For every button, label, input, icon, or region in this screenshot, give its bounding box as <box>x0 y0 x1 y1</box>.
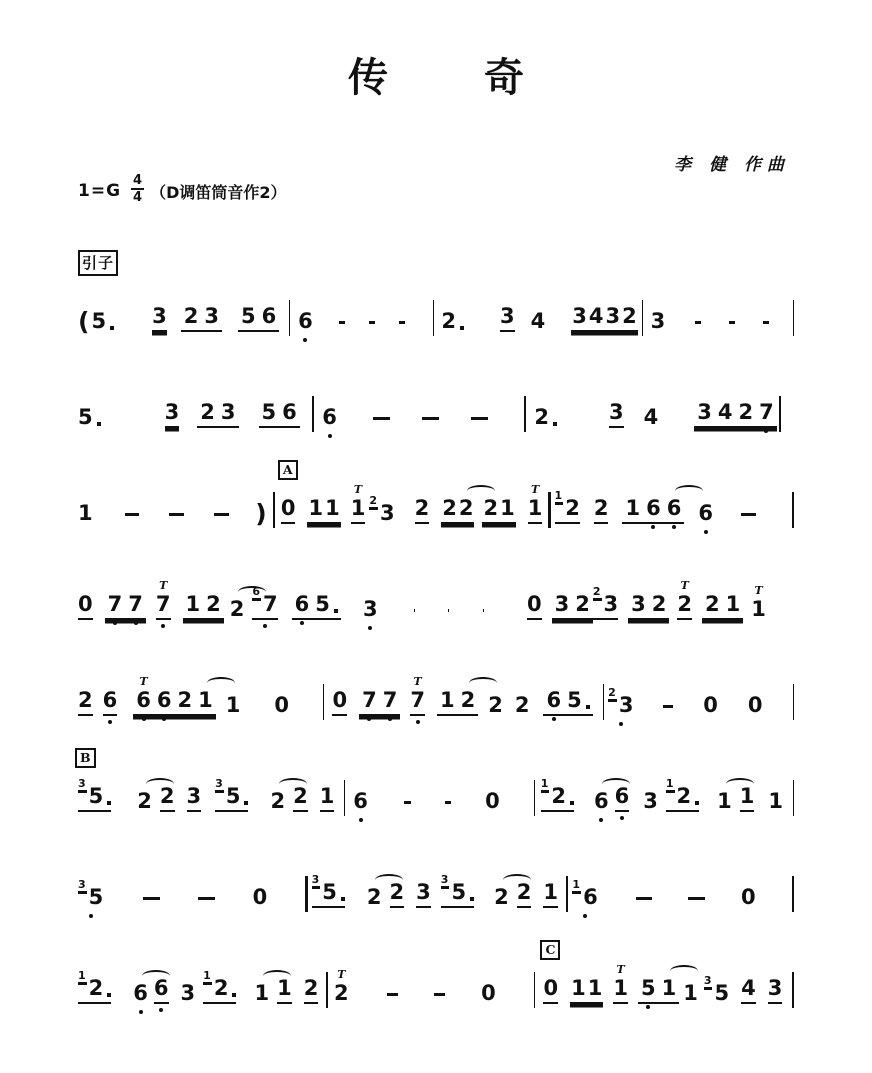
note-digit: 1 <box>351 498 366 519</box>
note: 3 <box>221 402 236 423</box>
low-octave-dot <box>134 621 138 625</box>
section-marker: B <box>75 748 96 768</box>
note-digit: 0 <box>703 695 718 716</box>
note-digit: 4 <box>531 311 546 332</box>
note-digit: 0 <box>748 695 763 716</box>
note: 2 <box>390 882 405 908</box>
note: 6 <box>322 407 337 428</box>
note: 2 <box>293 786 308 812</box>
note: 0 <box>253 887 268 908</box>
note: 23 <box>608 695 633 716</box>
note-digit: 5 <box>91 311 106 332</box>
note: 35 <box>704 983 729 1004</box>
note: 3 <box>643 791 658 812</box>
low-octave-dot <box>367 717 371 721</box>
note: 3 <box>500 306 515 332</box>
augmentation-dot <box>110 326 114 330</box>
note: T1 <box>528 498 543 524</box>
note: 3 <box>363 599 378 620</box>
note: 5 <box>262 402 277 423</box>
note: 2 <box>622 306 637 327</box>
held-note-dash <box>143 897 160 901</box>
score-line: 1)A011T12322221T11221666 <box>78 484 794 524</box>
meter-denominator: 4 <box>133 190 142 204</box>
note: 3 <box>631 594 646 615</box>
augmentation-dot <box>232 993 236 997</box>
augmentation-dot <box>334 609 338 613</box>
held-note-dash <box>422 417 439 421</box>
note: 6 <box>282 402 297 423</box>
note: 35 <box>78 887 103 908</box>
note-digit: 3 <box>380 503 395 524</box>
note-digit: 1 <box>528 498 543 519</box>
note: 3 <box>606 306 621 327</box>
note: 1 <box>325 498 340 519</box>
tonguing-mark: T <box>337 969 345 980</box>
note-digit: 2 <box>551 786 566 807</box>
note: 16 <box>572 887 597 908</box>
note-digit: 7 <box>108 594 123 615</box>
note: 6 <box>262 306 277 327</box>
beamed-group: 12 <box>183 594 224 620</box>
low-octave-dot <box>159 1008 163 1012</box>
note-digit: 2 <box>367 887 382 908</box>
barline <box>792 972 794 1008</box>
note-digit: 1 <box>751 599 766 620</box>
note: 5 <box>78 407 101 428</box>
held-note-dash <box>445 801 452 805</box>
low-octave-dot <box>552 717 556 721</box>
note-digit: 1 <box>198 690 213 711</box>
note-digit: 2 <box>517 882 532 903</box>
note: 35 <box>215 786 248 812</box>
note: 2 <box>575 594 590 615</box>
note: 1 <box>768 791 783 812</box>
note: 4 <box>589 306 604 327</box>
beamed-group: 166 <box>622 498 684 524</box>
note-digit: 2 <box>78 690 93 711</box>
note-digit: 6 <box>133 983 148 1004</box>
note: 1 <box>186 594 201 615</box>
note-digit: 1 <box>726 594 741 615</box>
note-digit: 1 <box>226 695 241 716</box>
note: 1 <box>588 978 603 999</box>
low-octave-dot <box>646 1005 650 1009</box>
note-digit: 3 <box>152 306 167 327</box>
barline <box>534 780 535 816</box>
low-octave-dot <box>359 818 363 822</box>
note-digit: 6 <box>546 690 561 711</box>
low-octave-dot <box>303 338 307 342</box>
grace-note: 3 <box>312 874 321 887</box>
note-digit: 6 <box>103 690 118 711</box>
beamed-group: 56 <box>259 402 300 428</box>
low-octave-dot <box>300 621 304 625</box>
note-digit: 6 <box>353 791 368 812</box>
tonguing-mark: T <box>617 964 625 975</box>
barline <box>344 780 345 816</box>
note-digit: 2 <box>200 402 215 423</box>
beamed-group: 11 <box>570 978 603 1004</box>
note: 2 <box>534 407 557 428</box>
note-digit: 2 <box>677 786 692 807</box>
note-digit: 1 <box>440 690 455 711</box>
augmentation-dot <box>341 897 345 901</box>
note-digit: 7 <box>156 594 171 615</box>
note: 5 <box>567 690 590 711</box>
note-digit: 3 <box>651 311 666 332</box>
tie-arc <box>675 485 703 497</box>
grace-note: 1 <box>541 778 550 791</box>
note: 2 <box>178 690 193 711</box>
note-digit: 3 <box>606 306 621 327</box>
low-octave-dot <box>651 525 655 529</box>
low-octave-dot <box>328 434 332 438</box>
note: 3 <box>204 306 219 327</box>
note-digit: 0 <box>274 695 289 716</box>
augmentation-dot <box>470 897 474 901</box>
note: 1 <box>717 791 732 812</box>
note-digit: 2 <box>739 402 754 423</box>
note: 6 <box>594 791 609 812</box>
augmentation-dot <box>244 801 248 805</box>
note: 2 <box>705 594 720 615</box>
held-note-dash <box>373 417 390 421</box>
note-digit: 3 <box>604 594 619 615</box>
low-octave-dot <box>583 914 587 918</box>
note: 6 <box>698 503 713 524</box>
beamed-group: 22 <box>441 498 474 524</box>
note-digit: 2 <box>206 594 221 615</box>
note: 2 <box>461 690 476 711</box>
note-digit: 2 <box>442 498 457 519</box>
tonguing-mark: T <box>531 484 539 495</box>
note: 2 <box>415 498 430 524</box>
note: 6 <box>295 594 310 615</box>
title-row: 传奇 <box>78 46 794 98</box>
note-digit: 6 <box>262 306 277 327</box>
note: 6 <box>133 983 148 1004</box>
held-note-dash <box>339 321 345 325</box>
note-digit: 6 <box>322 407 337 428</box>
note-digit: 6 <box>583 887 598 908</box>
grace-note: 1 <box>666 778 675 791</box>
note-digit: 2 <box>705 594 720 615</box>
beamed-group: 23 <box>197 402 238 428</box>
note-digit: 3 <box>363 599 378 620</box>
low-octave-dot <box>599 818 603 822</box>
note: 1 <box>625 498 640 519</box>
composer-row: 李 健 作曲 <box>78 150 794 172</box>
low-octave-dot <box>142 717 146 721</box>
note: 1 <box>543 882 558 908</box>
barline <box>433 300 434 336</box>
note: 6 <box>298 311 313 332</box>
note: 2 <box>184 306 199 327</box>
tie-arc <box>207 677 235 689</box>
note-digit: 2 <box>293 786 308 807</box>
tonguing-mark: T <box>354 484 362 495</box>
note-digit: 1 <box>325 498 340 519</box>
note-digit: 2 <box>652 594 667 615</box>
note: 12 <box>203 978 236 1004</box>
note-digit: 4 <box>741 978 756 999</box>
note: 2 <box>270 791 285 812</box>
note-digit: 6 <box>667 498 682 519</box>
held-note-dash <box>695 321 701 325</box>
note: 1 <box>500 498 515 519</box>
low-octave-dot <box>620 816 624 820</box>
note-digit: 3 <box>609 402 624 423</box>
note-digit: 5 <box>226 786 241 807</box>
section-marker: C <box>540 940 560 960</box>
note: 0 <box>527 594 542 620</box>
note-digit: 6 <box>157 690 172 711</box>
note-digit: 3 <box>768 978 783 999</box>
note-digit: 2 <box>594 498 609 519</box>
augmentation-dot <box>107 993 111 997</box>
note-digit: 2 <box>677 594 692 615</box>
grace-note: 1 <box>572 879 581 892</box>
note: T2 <box>334 983 349 1004</box>
note: 2 <box>137 791 152 812</box>
note-digit: 5 <box>322 882 337 903</box>
beamed-group: 77 <box>105 594 146 620</box>
note-digit: 1 <box>740 786 755 807</box>
note-digit: 5 <box>241 306 256 327</box>
note: 6 <box>157 690 172 711</box>
tonguing-mark: T <box>139 676 147 687</box>
note: 3 <box>187 786 202 812</box>
note: 7 <box>759 402 774 423</box>
score-line: B3522335221601266312111 <box>78 772 794 812</box>
barline <box>793 300 794 336</box>
beamed-group: 21 <box>702 594 743 620</box>
note: 6 <box>667 498 682 519</box>
note-digit: 3 <box>181 983 196 1004</box>
grace-note: 3 <box>215 778 224 791</box>
note-digit: 0 <box>253 887 268 908</box>
low-octave-dot <box>388 717 392 721</box>
note-digit: 2 <box>534 407 549 428</box>
note-digit: 7 <box>759 402 774 423</box>
note-digit: 1 <box>308 498 323 519</box>
note-digit: 7 <box>383 690 398 711</box>
note-digit: 1 <box>768 791 783 812</box>
beamed-group: 12 <box>437 690 478 716</box>
tie-arc <box>670 965 698 977</box>
note-digit: 0 <box>485 791 500 812</box>
held-note-dash <box>434 993 445 997</box>
note: T1 <box>613 978 628 1004</box>
augmentation-dot <box>553 422 557 426</box>
intro-section-label: 引子 <box>78 250 118 276</box>
note: 7 <box>108 594 123 615</box>
note: 0 <box>274 695 289 716</box>
grace-note: 2 <box>593 586 602 599</box>
note: 5 <box>641 978 656 999</box>
beamed-group: 21 <box>482 498 515 524</box>
barline <box>305 876 307 912</box>
held-note-dash <box>471 417 488 421</box>
tonic-label: 1=G <box>78 181 121 201</box>
note: 35 <box>312 882 345 908</box>
held-note-dash <box>125 513 140 517</box>
note: 3 <box>416 882 431 908</box>
beamed-group: 51 <box>638 978 679 1004</box>
note-digit: 0 <box>281 498 296 519</box>
note: 2 <box>488 695 503 716</box>
grace-note: 1 <box>203 970 212 983</box>
note-digit: 3 <box>500 306 515 327</box>
barline <box>603 684 604 720</box>
note-digit: 5 <box>714 983 729 1004</box>
grace-note: 3 <box>78 778 87 791</box>
note-digit: 2 <box>461 690 476 711</box>
grace-note: 3 <box>704 975 713 988</box>
note-digit: 6 <box>615 786 630 807</box>
score-line: 3503522335221160 <box>78 868 794 908</box>
held-note-dash <box>663 705 673 709</box>
note-digit: 3 <box>204 306 219 327</box>
note: 2 <box>517 882 532 908</box>
note: 7 <box>383 690 398 711</box>
tonguing-mark: T <box>755 585 763 596</box>
note: A0 <box>281 498 296 524</box>
note: 2 <box>494 887 509 908</box>
grace-note: 3 <box>441 874 450 887</box>
note: 3 <box>697 402 712 423</box>
note-digit: 2 <box>575 594 590 615</box>
barline <box>323 684 324 720</box>
note: 1 <box>277 978 292 1004</box>
note-digit: 7 <box>128 594 143 615</box>
note: B35 <box>78 786 111 812</box>
note: 3 <box>572 306 587 327</box>
grace-note: 2 <box>369 495 378 508</box>
note-digit: 3 <box>221 402 236 423</box>
note-digit: 5 <box>262 402 277 423</box>
note-digit: 3 <box>165 402 180 423</box>
note-digit: 0 <box>527 594 542 615</box>
note-digit: 7 <box>263 594 278 615</box>
note-digit: 5 <box>78 407 93 428</box>
note-digit: 2 <box>89 978 104 999</box>
grace-note: 1 <box>78 970 87 983</box>
note-digit: 0 <box>543 978 558 999</box>
augmentation-dot <box>460 326 464 330</box>
beamed-group: 11 <box>307 498 340 524</box>
note: 1 <box>254 983 269 1004</box>
note: 5 <box>315 594 338 615</box>
note: 2 <box>594 498 609 524</box>
note-digit: 7 <box>410 690 425 711</box>
note: 5 <box>91 311 114 332</box>
augmentation-dot <box>107 801 111 805</box>
tonguing-mark: T <box>159 580 167 591</box>
beamed-group: 3432 <box>571 306 638 332</box>
held-note-dash <box>741 513 756 517</box>
note: 1 <box>78 503 93 524</box>
sheet-music-page: { "title": "传奇", "composer_credit": "李 健… <box>0 0 872 1073</box>
note-digit: 2 <box>622 306 637 327</box>
beamed-group: 56 <box>238 306 279 332</box>
note-digit: 3 <box>187 786 202 807</box>
note: 0 <box>481 983 496 1004</box>
note: 1 <box>740 786 755 812</box>
barline <box>792 876 794 912</box>
note-digit: 2 <box>184 306 199 327</box>
note-digit: 2 <box>178 690 193 711</box>
note-digit: 4 <box>589 306 604 327</box>
barline <box>312 396 315 432</box>
note: 5 <box>241 306 256 327</box>
note-digit: 2 <box>415 498 430 519</box>
note-digit: 1 <box>588 978 603 999</box>
note: 2 <box>483 498 498 519</box>
note-digit: 5 <box>89 887 104 908</box>
note-digit: 1 <box>571 978 586 999</box>
held-note-dash <box>387 993 398 997</box>
low-octave-dot <box>368 626 372 630</box>
note-digit: 6 <box>698 503 713 524</box>
barline <box>779 396 782 432</box>
barline <box>548 492 550 528</box>
augmentation-dot <box>570 801 574 805</box>
note: T6 <box>136 690 151 711</box>
beamed-group: 65 <box>292 594 341 620</box>
grace-note: 6 <box>252 586 261 599</box>
grace-note: 1 <box>555 490 564 503</box>
note-digit: 1 <box>543 882 558 903</box>
note-digit: 2 <box>494 887 509 908</box>
sheet: 传奇 李 健 作曲 1=G 4 4 （D调笛筒音作2） 引子 (53235662… <box>0 46 872 1004</box>
held-note-dash <box>729 321 735 325</box>
beamed-group: 77 <box>359 690 400 716</box>
note-digit: 2 <box>160 786 175 807</box>
note: 2 <box>739 402 754 423</box>
note: 4 <box>644 407 659 428</box>
note: 0 <box>741 887 756 908</box>
note: 7 <box>128 594 143 615</box>
note-digit: 0 <box>78 594 93 615</box>
note-digit: 5 <box>567 690 582 711</box>
tonguing-mark: T <box>414 676 422 687</box>
note: T2 <box>677 594 692 620</box>
held-note-dash <box>399 321 405 325</box>
note-digit: 6 <box>646 498 661 519</box>
beamed-group: 3427 <box>694 402 777 428</box>
note: T1 <box>351 498 366 524</box>
note: 3 <box>152 306 167 332</box>
note: 1 <box>198 690 213 711</box>
time-signature: 4 4 <box>131 174 144 204</box>
low-octave-dot <box>139 1010 143 1014</box>
note-digit: 2 <box>488 695 503 716</box>
note-digit: 2 <box>334 983 349 1004</box>
note: T7 <box>410 690 425 716</box>
score-line: 077T7122676530322332T221T1 <box>78 580 794 620</box>
parenthesis: ) <box>255 501 266 526</box>
beamed-group: T6621 <box>133 690 216 716</box>
note-digit: 3 <box>572 306 587 327</box>
note-digit: 6 <box>295 594 310 615</box>
barline <box>273 492 275 528</box>
held-note-dash <box>169 513 184 517</box>
note-digit: 0 <box>741 887 756 908</box>
held-note-dash <box>688 897 705 901</box>
beamed-group: 32 <box>628 594 669 620</box>
